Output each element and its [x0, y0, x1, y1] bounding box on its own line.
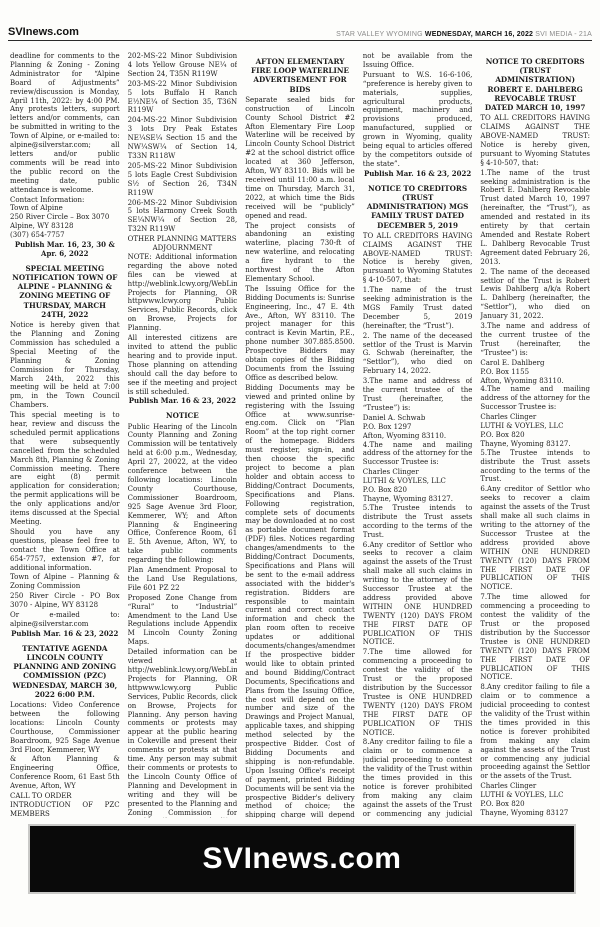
masthead: SVInews.com STAR VALLEY WYOMING WEDNESDA…	[8, 20, 592, 41]
paragraph: Should you have any questions, please fe…	[10, 528, 120, 573]
text-line: LUTHI & VOYLES, LLC	[480, 791, 590, 800]
text-line: Thayne, Wyoming 83127.	[480, 440, 590, 449]
paragraph: 8.Any creditor failing to file a claim o…	[363, 738, 473, 818]
paragraph: Detailed information can be viewed at ht…	[128, 648, 238, 818]
paragraph: Plan Amendment Proposal to the Land Use …	[128, 566, 238, 593]
paragraph: 250 River Circle - PO Box 3070 - Alpine,…	[10, 592, 120, 610]
paragraph: INTRODUCTION OF PZC MEMBERS	[10, 801, 120, 818]
paragraph: 203-MS-22 Minor Subdivision 5 lots Buffa…	[128, 80, 238, 116]
paragraph: 3.The name and address of the current tr…	[480, 322, 590, 358]
footer-banner-text: SVInews.com	[203, 842, 402, 876]
text-line: LUTHI & VOYLES, LLC	[363, 477, 473, 486]
text-line: Carol E. Dahlberg	[480, 359, 590, 368]
column-5: NOTICE TO CREDITORS (TRUST ADMINISTRATIO…	[480, 52, 590, 818]
paragraph: 4.The name and mailing address of the at…	[480, 385, 590, 412]
publish-line: Publish Mar. 16 & 23, 2022	[10, 630, 120, 639]
paragraph: Town of Alpine – Planning & Zoning Commi…	[10, 573, 120, 591]
masthead-edition: SVI MEDIA - 21A	[533, 31, 592, 38]
paragraph: 2. The name of the deceased settlor of t…	[363, 332, 473, 377]
publish-line: Publish Mar. 16, 23, 30 & Apr. 6, 2022	[10, 241, 120, 259]
article-heading: NOTICE TO CREDITORS (TRUST ADMINISTRATIO…	[482, 57, 588, 112]
paragraph: Proposed Zone Change from “Rural” to “In…	[128, 594, 238, 647]
masthead-dateline: STAR VALLEY WYOMING WEDNESDAY, MARCH 16,…	[336, 31, 592, 38]
article-heading: AFTON ELEMENTARY FIRE LOOP WATERLINE ADV…	[247, 57, 353, 94]
text-line: Thayne, Wyoming 83127	[480, 809, 590, 818]
text-line: P.O. Box 1155	[480, 368, 590, 377]
paragraph: & Afton Planning & Engineering Office, C…	[10, 755, 120, 791]
paragraph: 2. The name of the deceased settlor of t…	[480, 268, 590, 321]
text-line: Daniel A. Schwab	[363, 414, 473, 423]
paragraph: 1.The name of the trust seeking administ…	[480, 169, 590, 267]
paragraph: 3.The name and address of the current tr…	[363, 377, 473, 413]
masthead-region: STAR VALLEY WYOMING	[336, 31, 425, 38]
text-line: CALL TO ORDER	[10, 792, 120, 801]
article-heading: TENTATIVE AGENDA LINCOLN COUNTY PLANNING…	[12, 644, 118, 699]
text-line: Afton, Wyoming 83110.	[363, 432, 473, 441]
text-line: Contact Information:	[10, 196, 120, 205]
column-1: deadline for comments to the Planning & …	[10, 52, 120, 818]
paragraph: 6.Any creditor of Settlor who seeks to r…	[480, 485, 590, 592]
newspaper-page: SVInews.com STAR VALLEY WYOMING WEDNESDA…	[0, 0, 600, 927]
paragraph: The project consists of abandoning an ex…	[245, 222, 355, 284]
publish-line: Publish Mar. 16 & 23, 2022	[128, 397, 238, 406]
paragraph: TO ALL CREDITORS HAVING CLAIMS AGAINST T…	[480, 114, 590, 167]
text-line: Charles Clinger	[363, 468, 473, 477]
text-line: P.O. Box 820	[480, 800, 590, 809]
paragraph: Notice is hereby given that the Planning…	[10, 321, 120, 410]
text-line: Charles Clinger	[480, 413, 590, 422]
paragraph: 5.The Trustee intends to distribute the …	[363, 504, 473, 540]
paragraph: 206-MS-22 Minor Subdivision 5 lots Harmo…	[128, 199, 238, 235]
paragraph: not be available from the Issuing Office…	[363, 52, 473, 70]
column-3: AFTON ELEMENTARY FIRE LOOP WATERLINE ADV…	[245, 52, 355, 818]
paragraph: TO ALL CREDITORS HAVING CLAIMS AGAINST T…	[363, 232, 473, 285]
article-heading: NOTICE TO CREDITORS (TRUST ADMINISTRATIO…	[365, 184, 471, 230]
paragraph: The Issuing Office for the Bidding Docum…	[245, 285, 355, 383]
article-heading: SPECIAL MEETING NOTIFICATION TOWN OF ALP…	[12, 264, 118, 319]
paragraph: Separate sealed bids for construction of…	[245, 96, 355, 221]
text-line: Charles Clinger	[480, 782, 590, 791]
paragraph: 202-MS-22 Minor Subdivision 4 lots Yello…	[128, 52, 238, 79]
paragraph: 4.The name and mailing address of the at…	[363, 441, 473, 468]
paragraph: 5.The Trustee intends to distribute the …	[480, 449, 590, 485]
site-logo: SVInews.com	[8, 26, 79, 38]
publish-line: Publish Mar. 16 & 23, 2022	[363, 170, 473, 179]
text-line: P.O. Box 1297	[363, 423, 473, 432]
paragraph: 7.The time allowed for commencing a proc…	[480, 593, 590, 682]
text-line: Afton, Wyoming 83110.	[480, 377, 590, 386]
paragraph: Pursuant to W.S. 16-6-106, “preference i…	[363, 71, 473, 169]
article-heading: NOTICE	[130, 411, 236, 420]
paragraph: Bidding Documents may be viewed and prin…	[245, 384, 355, 818]
paragraph: 6.Any creditor of Settlor who seeks to r…	[363, 541, 473, 648]
text-line: Town of Alpine	[10, 204, 120, 213]
paragraph: Locations: Video Conference between the …	[10, 701, 120, 754]
text-line: LUTHI & VOYLES, LLC	[480, 422, 590, 431]
text-line: P.O. Box 820	[480, 431, 590, 440]
column-2: 202-MS-22 Minor Subdivision 4 lots Yello…	[128, 52, 238, 818]
paragraph: NOTE: Additional information regarding t…	[128, 253, 238, 333]
centered-line: ADJOURNMENT	[128, 244, 238, 253]
text-line: P.O. Box 820	[363, 486, 473, 495]
paragraph: 205-MS-22 Minor Subdivision 5 lots Eagle…	[128, 162, 238, 198]
paragraph: Public Hearing of the Lincoln County Pla…	[128, 423, 238, 566]
footer-banner: SVInews.com	[28, 824, 576, 894]
masthead-date: WEDNESDAY, MARCH 16, 2022	[425, 31, 533, 38]
legal-notices-columns: deadline for comments to the Planning & …	[10, 52, 590, 818]
paragraph: All interested citizens are invited to a…	[128, 334, 238, 396]
paragraph: This special meeting is to hear, review …	[10, 411, 120, 527]
paragraph: 8.Any creditor failing to file a claim o…	[480, 683, 590, 781]
text-line: Alpine, WY 83128	[10, 222, 120, 231]
paragraph: 204-MS-22 Minor Subdivision 3 lots Dry P…	[128, 116, 238, 161]
paragraph: deadline for comments to the Planning & …	[10, 52, 120, 195]
paragraph: 1.The name of the trust seeking administ…	[363, 286, 473, 331]
text-line: OTHER PLANNING MATTERS	[128, 235, 238, 244]
paragraph: Or e-mailed to: alpine@silverstar.com	[10, 611, 120, 629]
text-line: (307) 654-7757	[10, 231, 120, 240]
text-line: Thayne, Wyoming 83127.	[363, 495, 473, 504]
column-4: not be available from the Issuing Office…	[363, 52, 473, 818]
paragraph: 7.The time allowed for commencing a proc…	[363, 648, 473, 737]
text-line: 250 River Circle – Box 3070	[10, 213, 120, 222]
